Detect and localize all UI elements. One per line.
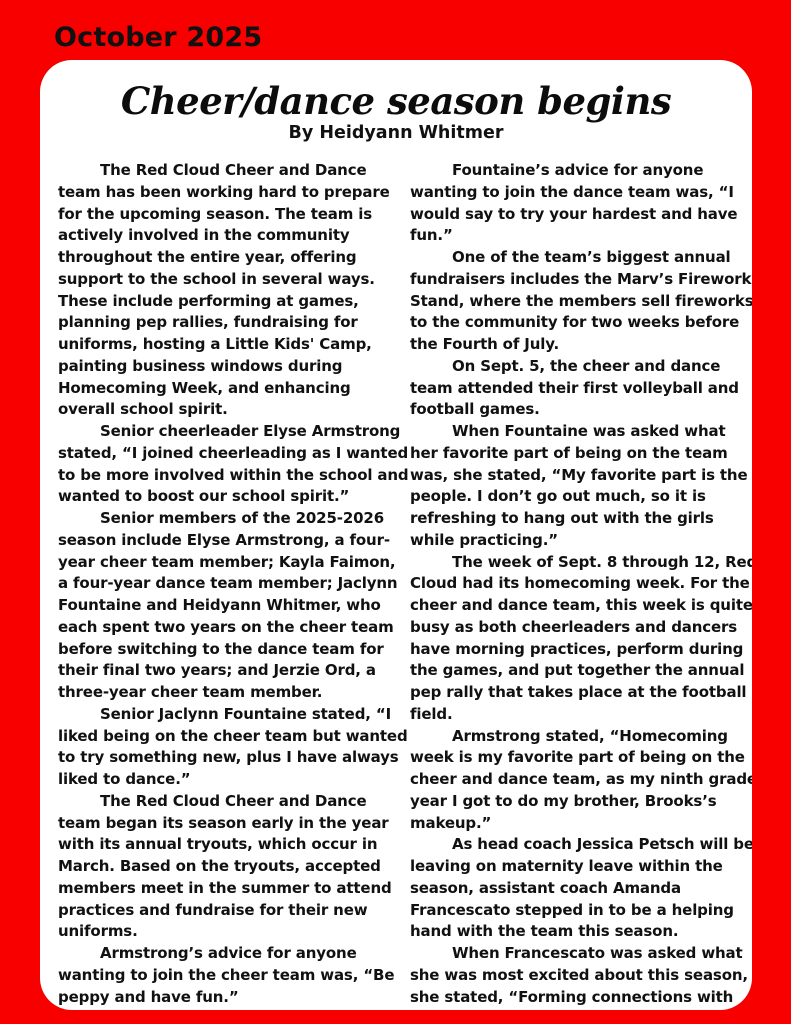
issue-date: October 2025 — [54, 18, 262, 58]
text-line: before switching to the dance team for — [58, 639, 394, 661]
text-line: students and watching them grow not — [410, 1008, 748, 1010]
text-line: hand with the team this season. — [410, 921, 748, 943]
text-line: overall school spirit. — [58, 399, 394, 421]
paragraph-start-line: Armstrong’s advice for anyone — [58, 943, 394, 965]
text-line: football games. — [410, 399, 748, 421]
text-line: season, assistant coach Amanda — [410, 878, 748, 900]
text-line: fun.” — [410, 225, 748, 247]
text-line: uniforms, hosting a Little Kids' Camp, — [58, 334, 394, 356]
text-line: her favorite part of being on the team — [410, 443, 748, 465]
paragraph-start-line: Senior cheerleader Elyse Armstrong — [58, 421, 394, 443]
text-line: their final two years; and Jerzie Ord, a — [58, 660, 394, 682]
paragraph-start-line: As head coach Jessica Petsch will be — [410, 834, 748, 856]
text-line: fundraisers includes the Marv’s Firework — [410, 269, 748, 291]
paragraph-start-line: When Fountaine was asked what — [410, 421, 748, 443]
text-line: Fountaine and Heidyann Whitmer, who — [58, 595, 394, 617]
paragraph-start-line: When Francescato was asked what — [410, 943, 748, 965]
text-line: to be more involved within the school an… — [58, 465, 394, 487]
text-line: would say to try your hardest and have — [410, 204, 748, 226]
text-line: wanting to join the cheer team was, “Be — [58, 965, 394, 987]
paragraph-start-line: Fountaine’s advice for anyone — [410, 160, 748, 182]
text-line: painting business windows during — [58, 356, 394, 378]
text-line: team has been working hard to prepare — [58, 182, 394, 204]
text-line: the Fourth of July. — [410, 334, 748, 356]
text-line: planning pep rallies, fundraising for — [58, 312, 394, 334]
text-line: field. — [410, 704, 748, 726]
article-column-left: The Red Cloud Cheer and Danceteam has be… — [58, 160, 394, 1008]
text-line: to the community for two weeks before — [410, 312, 748, 334]
text-line: she stated, “Forming connections with — [410, 987, 748, 1009]
text-line: Cloud had its homecoming week. For the — [410, 573, 748, 595]
text-line: stated, “I joined cheerleading as I want… — [58, 443, 394, 465]
text-line: while practicing.” — [410, 530, 748, 552]
article-card: Cheer/dance season begins By Heidyann Wh… — [40, 60, 752, 1010]
text-line: Francescato stepped in to be a helping — [410, 900, 748, 922]
paragraph-start-line: The week of Sept. 8 through 12, Red — [410, 552, 748, 574]
text-line: week is my favorite part of being on the — [410, 747, 748, 769]
text-line: she was most excited about this season, — [410, 965, 748, 987]
text-line: members meet in the summer to attend — [58, 878, 394, 900]
text-line: practices and fundraise for their new — [58, 900, 394, 922]
text-line: uniforms. — [58, 921, 394, 943]
text-line: cheer and dance team, as my ninth grade — [410, 769, 748, 791]
text-line: people. I don’t go out much, so it is — [410, 486, 748, 508]
article-byline: By Heidyann Whitmer — [40, 121, 752, 145]
text-line: wanting to join the dance team was, “I — [410, 182, 748, 204]
text-line: team began its season early in the year — [58, 813, 394, 835]
article-headline: Cheer/dance season begins — [40, 78, 752, 124]
text-line: year cheer team member; Kayla Faimon, — [58, 552, 394, 574]
text-line: with its annual tryouts, which occur in — [58, 834, 394, 856]
text-line: leaving on maternity leave within the — [410, 856, 748, 878]
text-line: for the upcoming season. The team is — [58, 204, 394, 226]
paragraph-start-line: The Red Cloud Cheer and Dance — [58, 791, 394, 813]
text-line: support to the school in several ways. — [58, 269, 394, 291]
text-line: wanted to boost our school spirit.” — [58, 486, 394, 508]
text-line: These include performing at games, — [58, 291, 394, 313]
text-line: three-year cheer team member. — [58, 682, 394, 704]
text-line: cheer and dance team, this week is quite — [410, 595, 748, 617]
text-line: season include Elyse Armstrong, a four- — [58, 530, 394, 552]
text-line: actively involved in the community — [58, 225, 394, 247]
paragraph-start-line: The Red Cloud Cheer and Dance — [58, 160, 394, 182]
paragraph-start-line: One of the team’s biggest annual — [410, 247, 748, 269]
text-line: team attended their first volleyball and — [410, 378, 748, 400]
text-line: have morning practices, perform during — [410, 639, 748, 661]
paragraph-start-line: Senior Jaclynn Fountaine stated, “I — [58, 704, 394, 726]
article-column-right: Fountaine’s advice for anyonewanting to … — [410, 160, 748, 1010]
text-line: to try something new, plus I have always — [58, 747, 394, 769]
text-line: busy as both cheerleaders and dancers — [410, 617, 748, 639]
text-line: refreshing to hang out with the girls — [410, 508, 748, 530]
text-line: makeup.” — [410, 813, 748, 835]
text-line: a four-year dance team member; Jaclynn — [58, 573, 394, 595]
text-line: pep rally that takes place at the footba… — [410, 682, 748, 704]
paragraph-start-line: On Sept. 5, the cheer and dance — [410, 356, 748, 378]
text-line: year I got to do my brother, Brooks’s — [410, 791, 748, 813]
text-line: each spent two years on the cheer team — [58, 617, 394, 639]
text-line: Homecoming Week, and enhancing — [58, 378, 394, 400]
paragraph-start-line: Armstrong stated, “Homecoming — [410, 726, 748, 748]
paragraph-start-line: Senior members of the 2025-2026 — [58, 508, 394, 530]
text-line: peppy and have fun.” — [58, 987, 394, 1009]
text-line: liked being on the cheer team but wanted — [58, 726, 394, 748]
text-line: March. Based on the tryouts, accepted — [58, 856, 394, 878]
text-line: Stand, where the members sell fireworks — [410, 291, 748, 313]
text-line: the games, and put together the annual — [410, 660, 748, 682]
text-line: liked to dance.” — [58, 769, 394, 791]
text-line: throughout the entire year, offering — [58, 247, 394, 269]
text-line: was, she stated, “My favorite part is th… — [410, 465, 748, 487]
